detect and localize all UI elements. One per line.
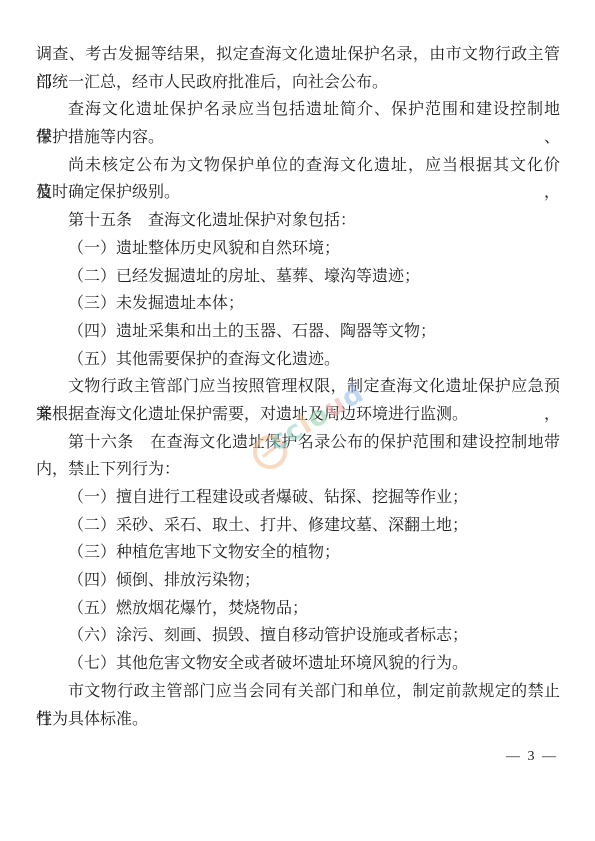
text-line: （六）涂污、刻画、损毁、擅自移动管护设施或者标志；	[36, 621, 560, 649]
text-line: 查海文化遗址保护名录应当包括遗址简介、保护范围和建设控制地带、	[36, 95, 560, 123]
text-line: （一）遗址整体历史风貌和自然环境；	[36, 234, 560, 262]
text-line: 门统一汇总，经市人民政府批准后，向社会公布。	[36, 68, 560, 96]
text-line: （三）种植危害地下文物安全的植物；	[36, 538, 560, 566]
text-line: （四）倾倒、排放污染物；	[36, 566, 560, 594]
text-line: （三）未发掘遗址本体；	[36, 289, 560, 317]
page-number: — 3 —	[506, 749, 558, 765]
text-line: 内，禁止下列行为：	[36, 455, 560, 483]
text-line: （二）采砂、采石、取土、打井、修建坟墓、深翻土地；	[36, 511, 560, 539]
document-page: ccloud 调查、考古发掘等结果，拟定查海文化遗址保护名录，由市文物行政主管部…	[0, 0, 595, 841]
text-line: （七）其他危害文物安全或者破坏遗址环境风貌的行为。	[36, 649, 560, 677]
text-line: （一）擅自进行工程建设或者爆破、钻探、挖掘等作业；	[36, 483, 560, 511]
text-line: 尚未核定公布为文物保护单位的查海文化遗址，应当根据其文化价值，	[36, 151, 560, 179]
text-line: （二）已经发掘遗址的房址、墓葬、壕沟等遗迹；	[36, 262, 560, 290]
text-line: （五）燃放烟花爆竹，焚烧物品；	[36, 594, 560, 622]
text-line: （五）其他需要保护的查海文化遗迹。	[36, 345, 560, 373]
text-line: 市文物行政主管部门应当会同有关部门和单位，制定前款规定的禁止性	[36, 677, 560, 705]
text-line: 第十五条 查海文化遗址保护对象包括：	[36, 206, 560, 234]
text-line: 行为具体标准。	[36, 705, 560, 733]
text-line: 文物行政主管部门应当按照管理权限，制定查海文化遗址保护应急预案，	[36, 372, 560, 400]
text-content: 调查、考古发掘等结果，拟定查海文化遗址保护名录，由市文物行政主管部门统一汇总，经…	[36, 40, 560, 732]
text-line: 第十六条 在查海文化遗址保护名录公布的保护范围和建设控制地带	[36, 428, 560, 456]
text-line: 调查、考古发掘等结果，拟定查海文化遗址保护名录，由市文物行政主管部	[36, 40, 560, 68]
text-line: （四）遗址采集和出土的玉器、石器、陶器等文物；	[36, 317, 560, 345]
